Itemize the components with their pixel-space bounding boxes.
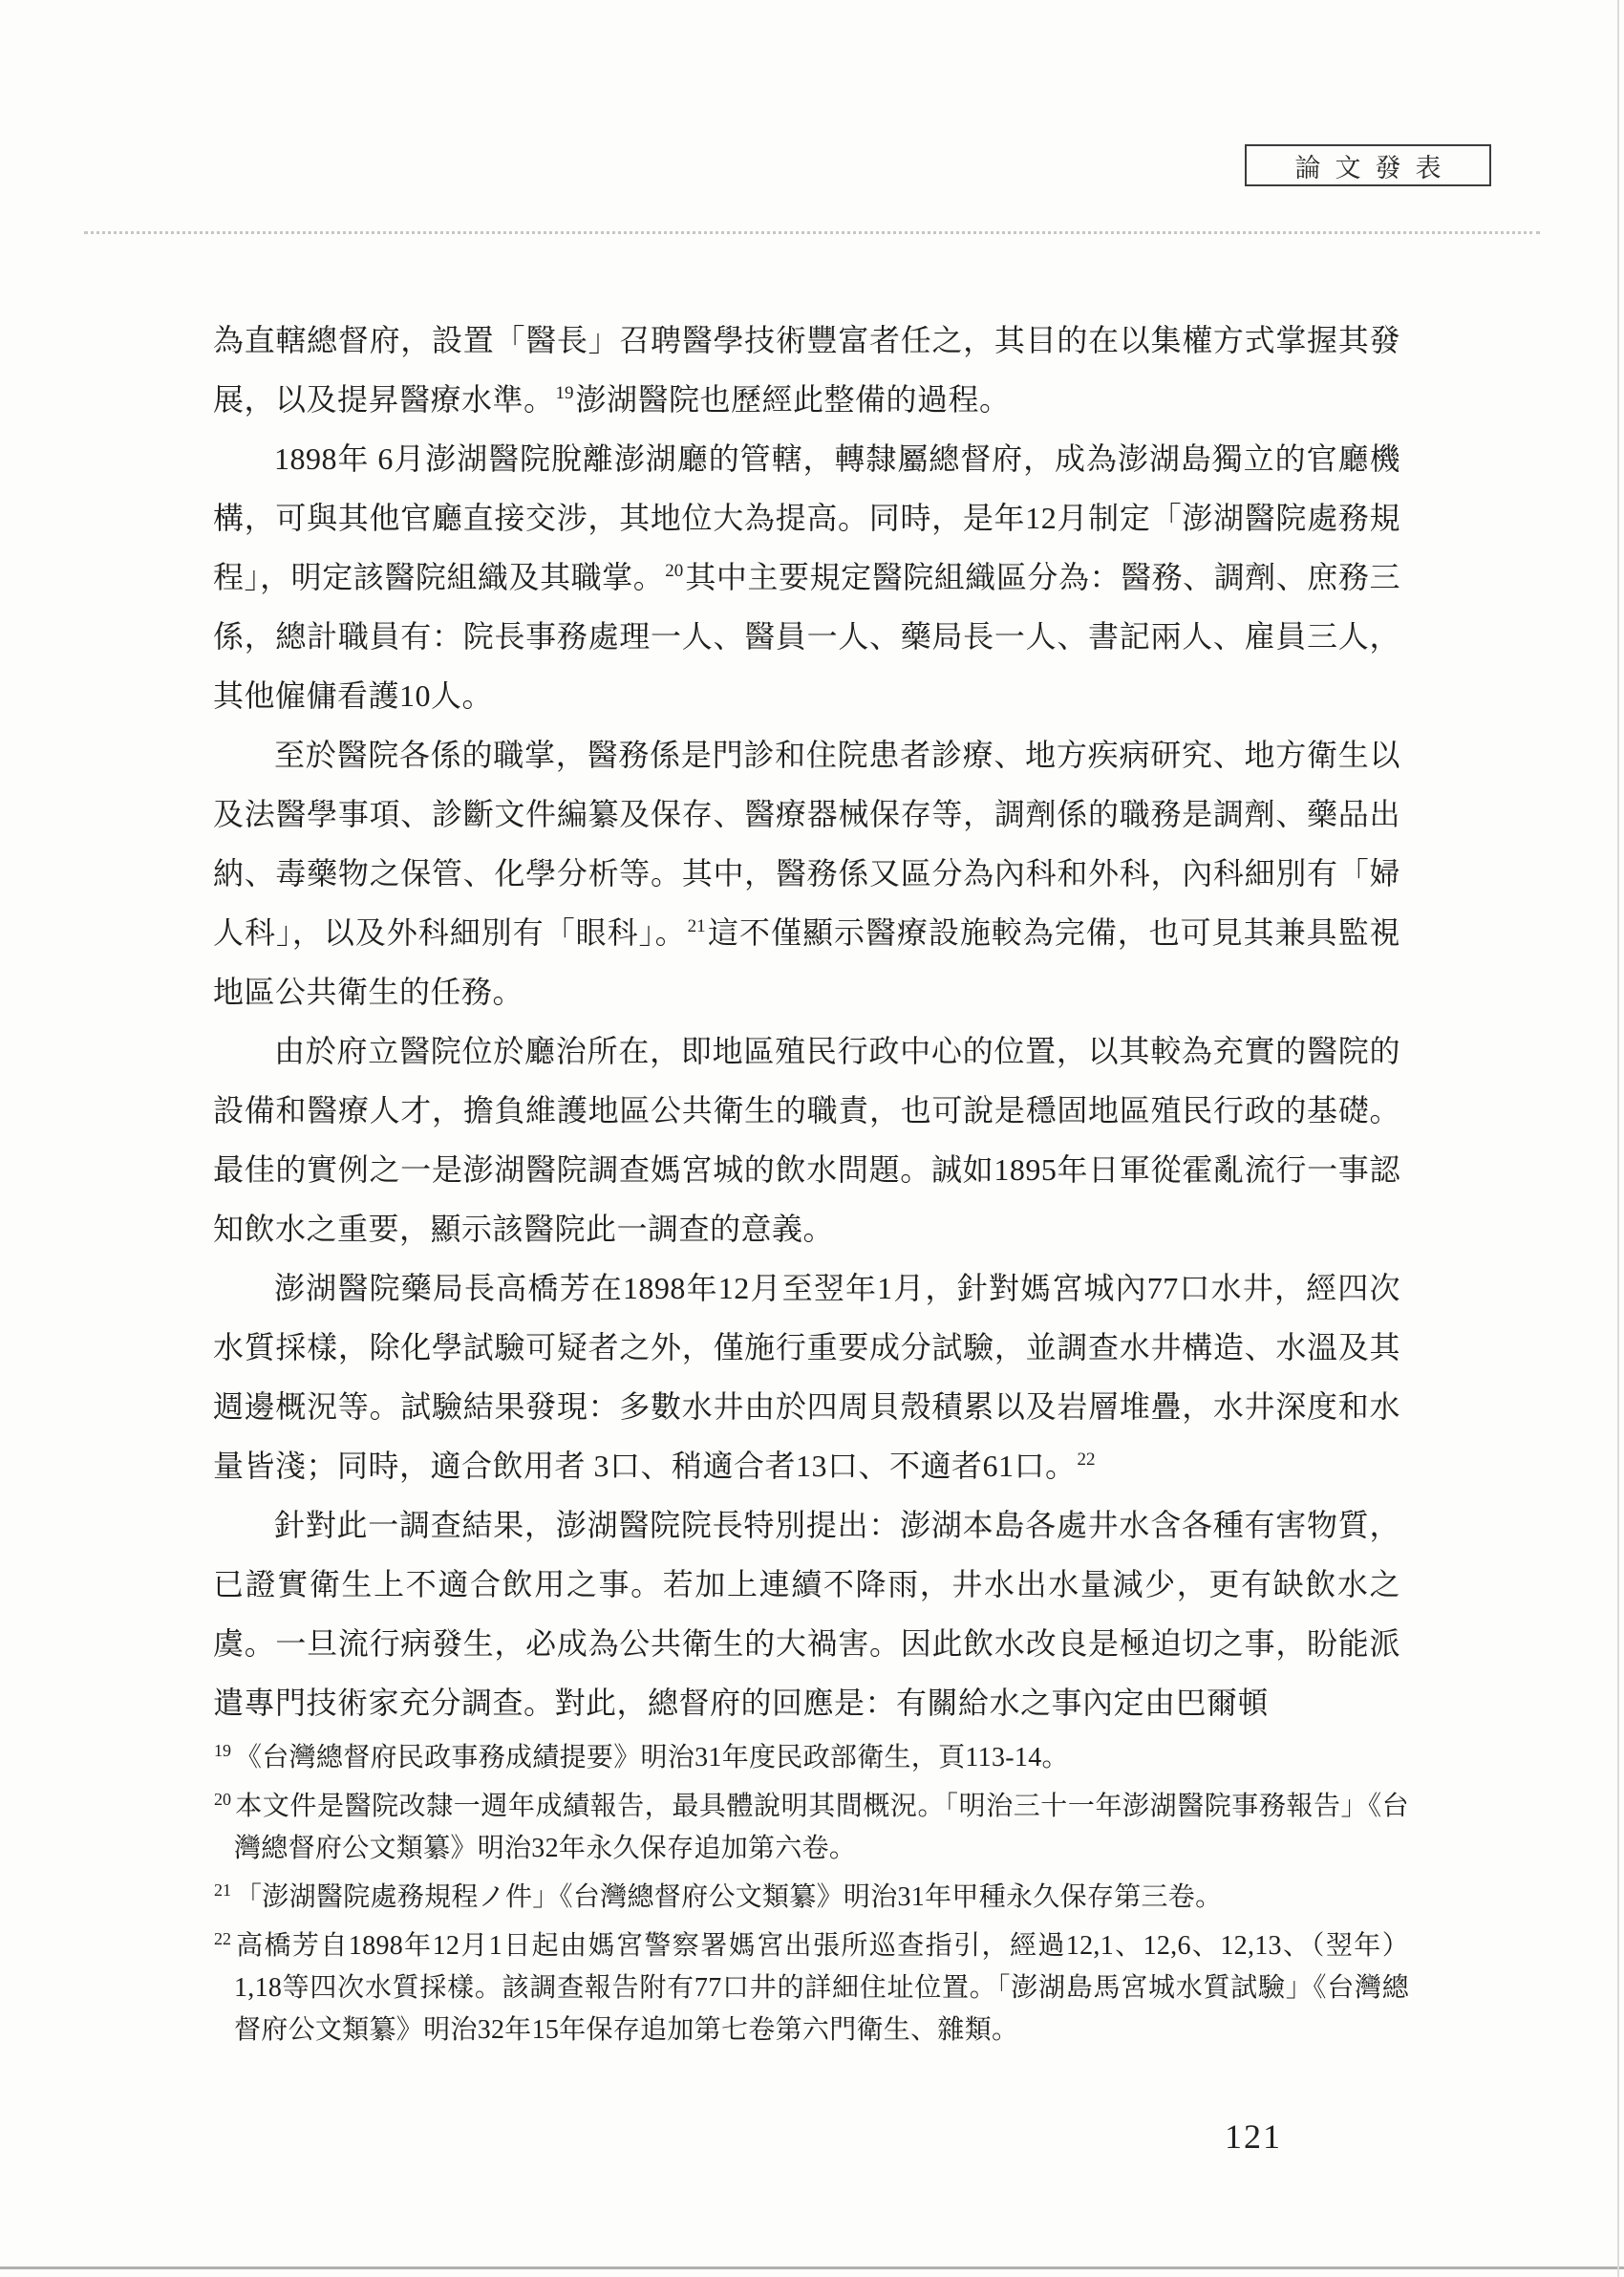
paragraph: 針對此一調查結果，澎湖醫院院長特別提出：澎湖本島各處井水含各種有害物質，已證實衛… (213, 1495, 1400, 1732)
footnote: 20本文件是醫院改隸一週年成績報告，最具體說明其間概況。「明治三十一年澎湖醫院事… (213, 1786, 1409, 1870)
page-header-box: 論文發表 (1245, 144, 1491, 186)
footnote: 21「澎湖醫院處務規程ノ件」《台灣總督府公文類纂》明治31年甲種永久保存第三卷。 (213, 1877, 1409, 1919)
footnote-number: 20 (213, 1790, 235, 1809)
footnote-number: 21 (213, 1880, 235, 1900)
paragraph: 澎湖醫院藥局長高橋芳在1898年12月至翌年1月，針對媽宮城內77口水井，經四次… (213, 1258, 1400, 1495)
scanned-page: 論文發表 為直轄總督府，設置「醫長」召聘醫學技術豐富者任之，其目的在以集權方式掌… (0, 0, 1624, 2277)
footnote: 19《台灣總督府民政事務成績提要》明治31年度民政部衛生，頁113-14。 (213, 1737, 1409, 1779)
body-text: 為直轄總督府，設置「醫長」召聘醫學技術豐富者任之，其目的在以集權方式掌握其發展，… (213, 311, 1400, 1732)
page-number: 121 (1225, 2116, 1282, 2157)
paragraph: 1898年 6月澎湖醫院脫離澎湖廳的管轄，轉隸屬總督府，成為澎湖島獨立的官廳機構… (213, 429, 1400, 725)
footnotes: 19《台灣總督府民政事務成績提要》明治31年度民政部衛生，頁113-14。20本… (213, 1737, 1409, 2058)
page-header-title: 論文發表 (1295, 147, 1456, 184)
header-separator-line (84, 231, 1540, 234)
paragraph: 至於醫院各係的職掌，醫務係是門診和住院患者診療、地方疾病研究、地方衛生以及法醫學… (213, 725, 1400, 1021)
footnote-ref: 22 (1077, 1450, 1098, 1470)
scan-edge-artifact (1617, 0, 1619, 2277)
footnote-number: 19 (213, 1741, 235, 1760)
footnote: 22高橋芳自1898年12月1日起由媽宮警察署媽宮出張所巡查指引，經過12,1、… (213, 1925, 1409, 2051)
scan-edge-artifact (0, 2266, 1624, 2269)
paragraph: 由於府立醫院位於廳治所在，即地區殖民行政中心的位置，以其較為充實的醫院的設備和醫… (213, 1021, 1400, 1258)
footnote-ref: 19 (555, 383, 576, 403)
footnote-ref: 21 (687, 916, 708, 936)
footnote-number: 22 (213, 1929, 235, 1948)
paragraph: 為直轄總督府，設置「醫長」召聘醫學技術豐富者任之，其目的在以集權方式掌握其發展，… (213, 311, 1400, 429)
footnote-ref: 20 (664, 561, 685, 581)
